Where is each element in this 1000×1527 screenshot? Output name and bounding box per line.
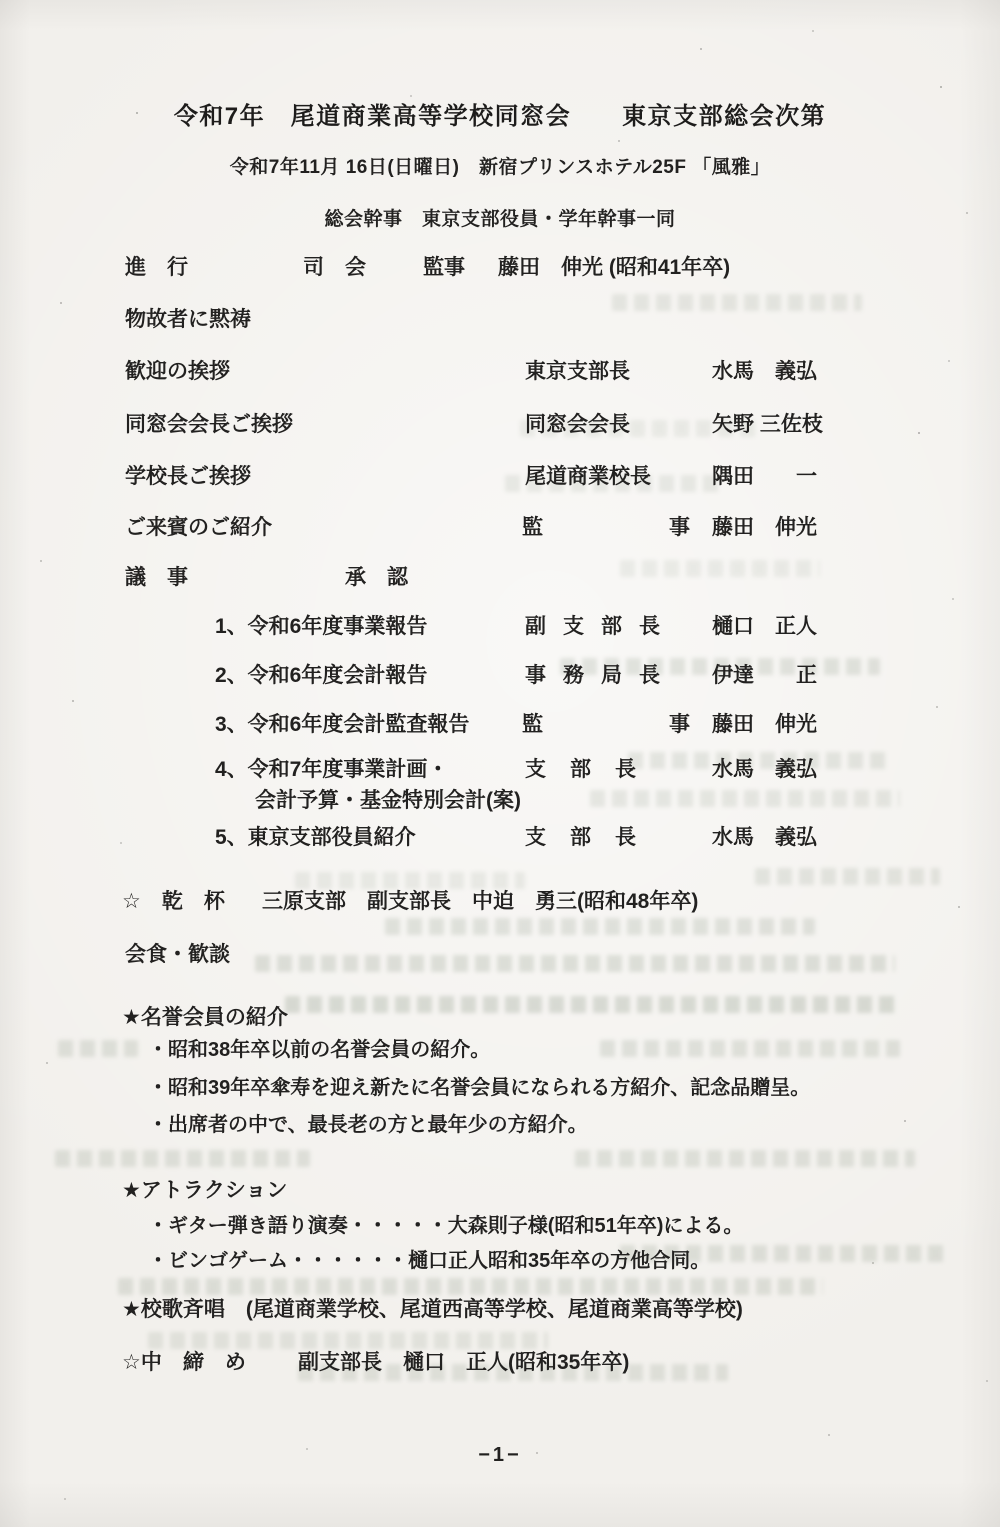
closing-row: ☆中 締 め 副支部長 樋口 正人(昭和35年卒) — [0, 1349, 1000, 1376]
toast-row: ☆ 乾 杯 三原支部 副支部長 中迫 勇三(昭和48年卒) — [0, 888, 1000, 915]
row-role: 事務局長 — [525, 662, 677, 689]
attraction-heading-row: ★アトラクション — [0, 1177, 1000, 1204]
row-label: 2、令和6年度会計報告 — [215, 662, 427, 689]
row-name: 伊達 正 — [712, 662, 817, 689]
bleed-through-ghost — [148, 1332, 548, 1349]
row-label: 歓迎の挨拶 — [125, 358, 230, 385]
silent-prayer-row: 物故者に黙祷 — [0, 306, 1000, 333]
agenda-item-row: 2、令和6年度会計報告 事務局長 伊達 正 — [0, 662, 1000, 689]
row-name: 水馬 義弘 — [712, 358, 817, 385]
scan-dust-specks — [0, 0, 2, 2]
bleed-through-ghost — [55, 1150, 310, 1167]
row-role: 監 事 — [522, 711, 690, 738]
agenda-item-row: 1、令和6年度事業報告 副支部長 樋口 正人 — [0, 613, 1000, 640]
row-label: 同窓会会長ご挨拶 — [125, 411, 293, 438]
row-name: 水馬 義弘 — [712, 756, 817, 783]
row-name: 矢野 三佐枝 — [712, 411, 823, 438]
honorary-item: ・昭和39年卒傘寿を迎え新たに名誉会員になられる方紹介、記念品贈呈。 — [148, 1075, 810, 1102]
attraction-heading: ★アトラクション — [122, 1177, 287, 1204]
bleed-through-ghost — [575, 1150, 915, 1167]
agenda-heading: 議 事 — [125, 564, 188, 591]
attraction-item-row: ・ギター弾き語り演奏・・・・・大森則子様(昭和51年卒)による。 — [0, 1213, 1000, 1240]
honorary-heading: ★名誉会員の紹介 — [122, 1004, 288, 1031]
agenda-approval: 承 認 — [345, 564, 408, 591]
row-role: 支部長 — [525, 824, 660, 851]
mc-method: 司 会 — [303, 254, 366, 281]
row-label: 5、東京支部役員紹介 — [215, 824, 416, 851]
mc-row: 進 行 司 会 監事 藤田 伸光 (昭和41年卒) — [0, 254, 1000, 281]
attraction-item: ・ギター弾き語り演奏・・・・・大森則子様(昭和51年卒)による。 — [148, 1213, 743, 1240]
agenda-item-row: 5、東京支部役員紹介 支部長 水馬 義弘 — [0, 824, 1000, 851]
agenda-item-continuation: 会計予算・基金特別会計(案) — [0, 787, 1000, 814]
row-label: 3、令和6年度会計監査報告 — [215, 711, 469, 738]
page-title: 令和7年 尾道商業高等学校同窓会 東京支部総会次第 — [0, 103, 1000, 130]
row-role: 同窓会会長 — [525, 411, 630, 438]
honorary-heading-row: ★名誉会員の紹介 — [0, 1004, 1000, 1031]
honorary-item: ・出席者の中で、最長老の方と最年少の方紹介。 — [148, 1112, 588, 1139]
row-label: 4、令和7年度事業計画・ — [215, 756, 448, 783]
silent-prayer-label: 物故者に黙祷 — [125, 306, 251, 333]
greeting-row: 同窓会会長ご挨拶 同窓会会長 矢野 三佐枝 — [0, 411, 1000, 438]
greeting-row: 学校長ご挨拶 尾道商業校長 隅田 一 — [0, 463, 1000, 490]
school-song-row: ★校歌斉唱 (尾道商業学校、尾道西高等学校、尾道商業高等学校) — [0, 1296, 1000, 1323]
row-name: 隅田 一 — [712, 463, 817, 490]
scanned-agenda-page: 令和7年 尾道商業高等学校同窓会 東京支部総会次第 令和7年11月 16日(日曜… — [0, 0, 1000, 1527]
mc-role: 監事 — [423, 254, 465, 281]
honorary-item-row: ・昭和38年卒以前の名誉会員の紹介。 — [0, 1037, 1000, 1064]
row-name: 藤田 伸光 — [712, 711, 817, 738]
honorary-item-row: ・昭和39年卒傘寿を迎え新たに名誉会員になられる方紹介、記念品贈呈。 — [0, 1075, 1000, 1102]
agenda-heading-row: 議 事 承 認 — [0, 564, 1000, 591]
row-role: 監 事 — [522, 514, 690, 541]
bleed-through-ghost — [755, 868, 940, 885]
row-name: 水馬 義弘 — [712, 824, 817, 851]
row-name: 藤田 伸光 — [712, 514, 817, 541]
closing-detail: 副支部長 樋口 正人(昭和35年卒) — [298, 1349, 629, 1376]
row-name: 樋口 正人 — [712, 613, 817, 640]
honorary-item: ・昭和38年卒以前の名誉会員の紹介。 — [148, 1037, 490, 1064]
attraction-item: ・ビンゴゲーム・・・・・・樋口正人昭和35年卒の方他合同。 — [148, 1248, 710, 1275]
greeting-row: ご来賓のご紹介 監 事 藤田 伸光 — [0, 514, 1000, 541]
agenda-item-row: 4、令和7年度事業計画・ 支部長 水馬 義弘 — [0, 756, 1000, 783]
row-label: 1、令和6年度事業報告 — [215, 613, 427, 640]
honorary-item-row: ・出席者の中で、最長老の方と最年少の方紹介。 — [0, 1112, 1000, 1139]
row-role: 東京支部長 — [525, 358, 630, 385]
bleed-through-ghost — [295, 872, 525, 889]
date-venue: 令和7年11月 16日(日曜日) 新宿プリンスホテル25F 「風雅」 — [0, 154, 1000, 181]
row-role: 支部長 — [525, 756, 660, 783]
toast-label: ☆ 乾 杯 — [122, 888, 225, 915]
toast-detail: 三原支部 副支部長 中迫 勇三(昭和48年卒) — [262, 888, 698, 915]
row-label: ご来賓のご紹介 — [125, 514, 272, 541]
dining-label: 会食・歓談 — [125, 941, 230, 968]
organizer: 総会幹事 東京支部役員・学年幹事一同 — [0, 206, 1000, 233]
bleed-through-ghost — [385, 918, 815, 935]
row-label: 学校長ご挨拶 — [125, 463, 251, 490]
row-role: 副支部長 — [525, 613, 677, 640]
mc-name: 藤田 伸光 (昭和41年卒) — [498, 254, 730, 281]
bleed-through-ghost — [118, 1278, 823, 1295]
attraction-item-row: ・ビンゴゲーム・・・・・・樋口正人昭和35年卒の方他合同。 — [0, 1248, 1000, 1275]
row-role: 尾道商業校長 — [525, 463, 651, 490]
mc-label: 進 行 — [125, 254, 188, 281]
page-number: −1− — [0, 1442, 1000, 1469]
dining-row: 会食・歓談 — [0, 941, 1000, 968]
closing-label: ☆中 締 め — [122, 1349, 246, 1376]
school-song-label: ★校歌斉唱 (尾道商業学校、尾道西高等学校、尾道商業高等学校) — [122, 1296, 743, 1323]
agenda-item-row: 3、令和6年度会計監査報告 監 事 藤田 伸光 — [0, 711, 1000, 738]
greeting-row: 歓迎の挨拶 東京支部長 水馬 義弘 — [0, 358, 1000, 385]
row-label-line2: 会計予算・基金特別会計(案) — [255, 787, 521, 814]
